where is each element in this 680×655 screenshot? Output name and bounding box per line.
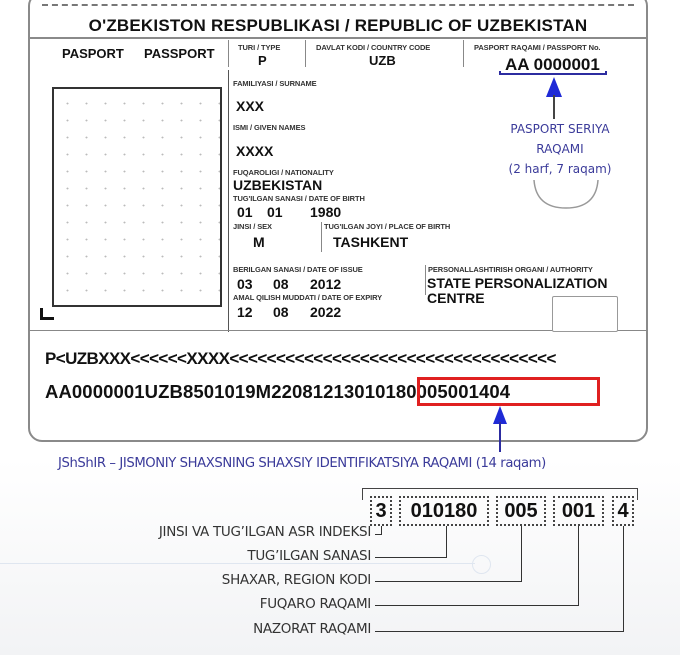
mrz-line-1: P<UZBXXX<<<<<<XXXX<<<<<<<<<<<<<<<<<<<<<<…	[45, 349, 556, 369]
photo-placeholder	[52, 87, 222, 307]
stamp-box	[552, 296, 618, 332]
note-line: PASPORT SERIYA	[490, 119, 630, 139]
divider	[321, 222, 322, 252]
expiry-year: 2022	[310, 304, 341, 320]
nationality-value: UZBEKISTAN	[233, 177, 322, 193]
issue-year: 2012	[310, 276, 341, 292]
passport-series-note: PASPORT SERIYA RAQAMI (2 harf, 7 raqam)	[490, 119, 630, 179]
dob-month: 01	[267, 204, 283, 220]
expiry-day: 12	[237, 304, 253, 320]
pinfl-segment-birth-date: 010180	[399, 496, 489, 526]
sex-value: M	[253, 234, 265, 250]
pinfl-segment-region: 005	[496, 496, 546, 526]
authority-line1: STATE PERSONALIZATION	[427, 275, 607, 291]
pinfl-segment-sex-century: 3	[370, 496, 392, 526]
brace-curve	[530, 178, 602, 212]
legend-birth-date: TUG’ILGAN SANASI	[247, 548, 371, 564]
dob-year: 1980	[310, 204, 341, 220]
surname-label: FAMILIYASI / SURNAME	[233, 79, 317, 88]
legend-region: SHAXAR, REGION KODI	[222, 572, 371, 588]
type-value: P	[258, 53, 267, 68]
sex-label: JINSI / SEX	[233, 222, 272, 231]
passport-no-bracket	[499, 71, 607, 75]
legend-citizen: FUQARO RAQAMI	[260, 596, 371, 612]
doc-label-en: PASSPORT	[144, 46, 215, 61]
note-line: RAQAMI	[490, 139, 630, 159]
divider	[29, 37, 647, 39]
divider	[425, 265, 426, 295]
divider	[463, 40, 464, 67]
authority-line2: CENTRE	[427, 290, 485, 306]
divider	[228, 70, 229, 332]
type-label: TURI / TYPE	[238, 43, 280, 52]
authority-label: PERSONALLASHTIRISH ORGANI / AUTHORITY	[428, 265, 593, 274]
issue-month: 08	[273, 276, 289, 292]
pinfl-segment-check: 4	[612, 496, 634, 526]
surname-value: XXX	[236, 98, 264, 114]
corner-mark-icon	[40, 308, 54, 320]
pinfl-highlight-box	[417, 377, 600, 406]
perforation-line	[42, 4, 634, 6]
passport-title: O'ZBEKISTON RESPUBLIKASI / REPUBLIC OF U…	[30, 16, 646, 36]
legend-sex-century: JINSI VA TUG’ILGAN ASR INDEKSI	[159, 524, 371, 540]
arrow-up-icon	[488, 406, 512, 452]
pinfl-segment-citizen: 001	[553, 496, 604, 526]
legend-check: NAZORAT RAQAMI	[253, 621, 371, 637]
given-names-label: ISMI / GIVEN NAMES	[233, 123, 305, 132]
dob-day: 01	[237, 204, 253, 220]
pinfl-title: JShShIR – JISMONIY SHAXSNING SHAXSIY IDE…	[58, 456, 546, 471]
issue-day: 03	[237, 276, 253, 292]
divider	[305, 40, 306, 67]
nationality-label: FUQAROLIGI / NATIONALITY	[233, 168, 334, 177]
pob-label: TUG'ILGAN JOYI / PLACE OF BIRTH	[324, 222, 450, 231]
pob-value: TASHKENT	[333, 234, 408, 250]
divider	[228, 40, 229, 67]
issue-date-label: BERILGAN SANASI / DATE OF ISSUE	[233, 265, 363, 274]
doc-label-uz: PASPORT	[62, 46, 124, 61]
arrow-up-icon	[540, 77, 568, 119]
note-line: (2 harf, 7 raqam)	[490, 159, 630, 179]
country-code-value: UZB	[369, 53, 396, 68]
connector-line	[375, 526, 624, 632]
country-code-label: DAVLAT KODI / COUNTRY CODE	[316, 43, 430, 52]
expiry-month: 08	[273, 304, 289, 320]
dob-label: TUG'ILGAN SANASI / DATE OF BIRTH	[233, 194, 365, 203]
passport-no-label: PASPORT RAQAMI / PASSPORT No.	[474, 43, 600, 52]
mrz-prefix: AA0000001UZB8501019M2208121	[45, 381, 344, 402]
expiry-date-label: AMAL QILISH MUDDATI / DATE OF EXPIRY	[233, 293, 382, 302]
given-names-value: XXXX	[236, 143, 273, 159]
